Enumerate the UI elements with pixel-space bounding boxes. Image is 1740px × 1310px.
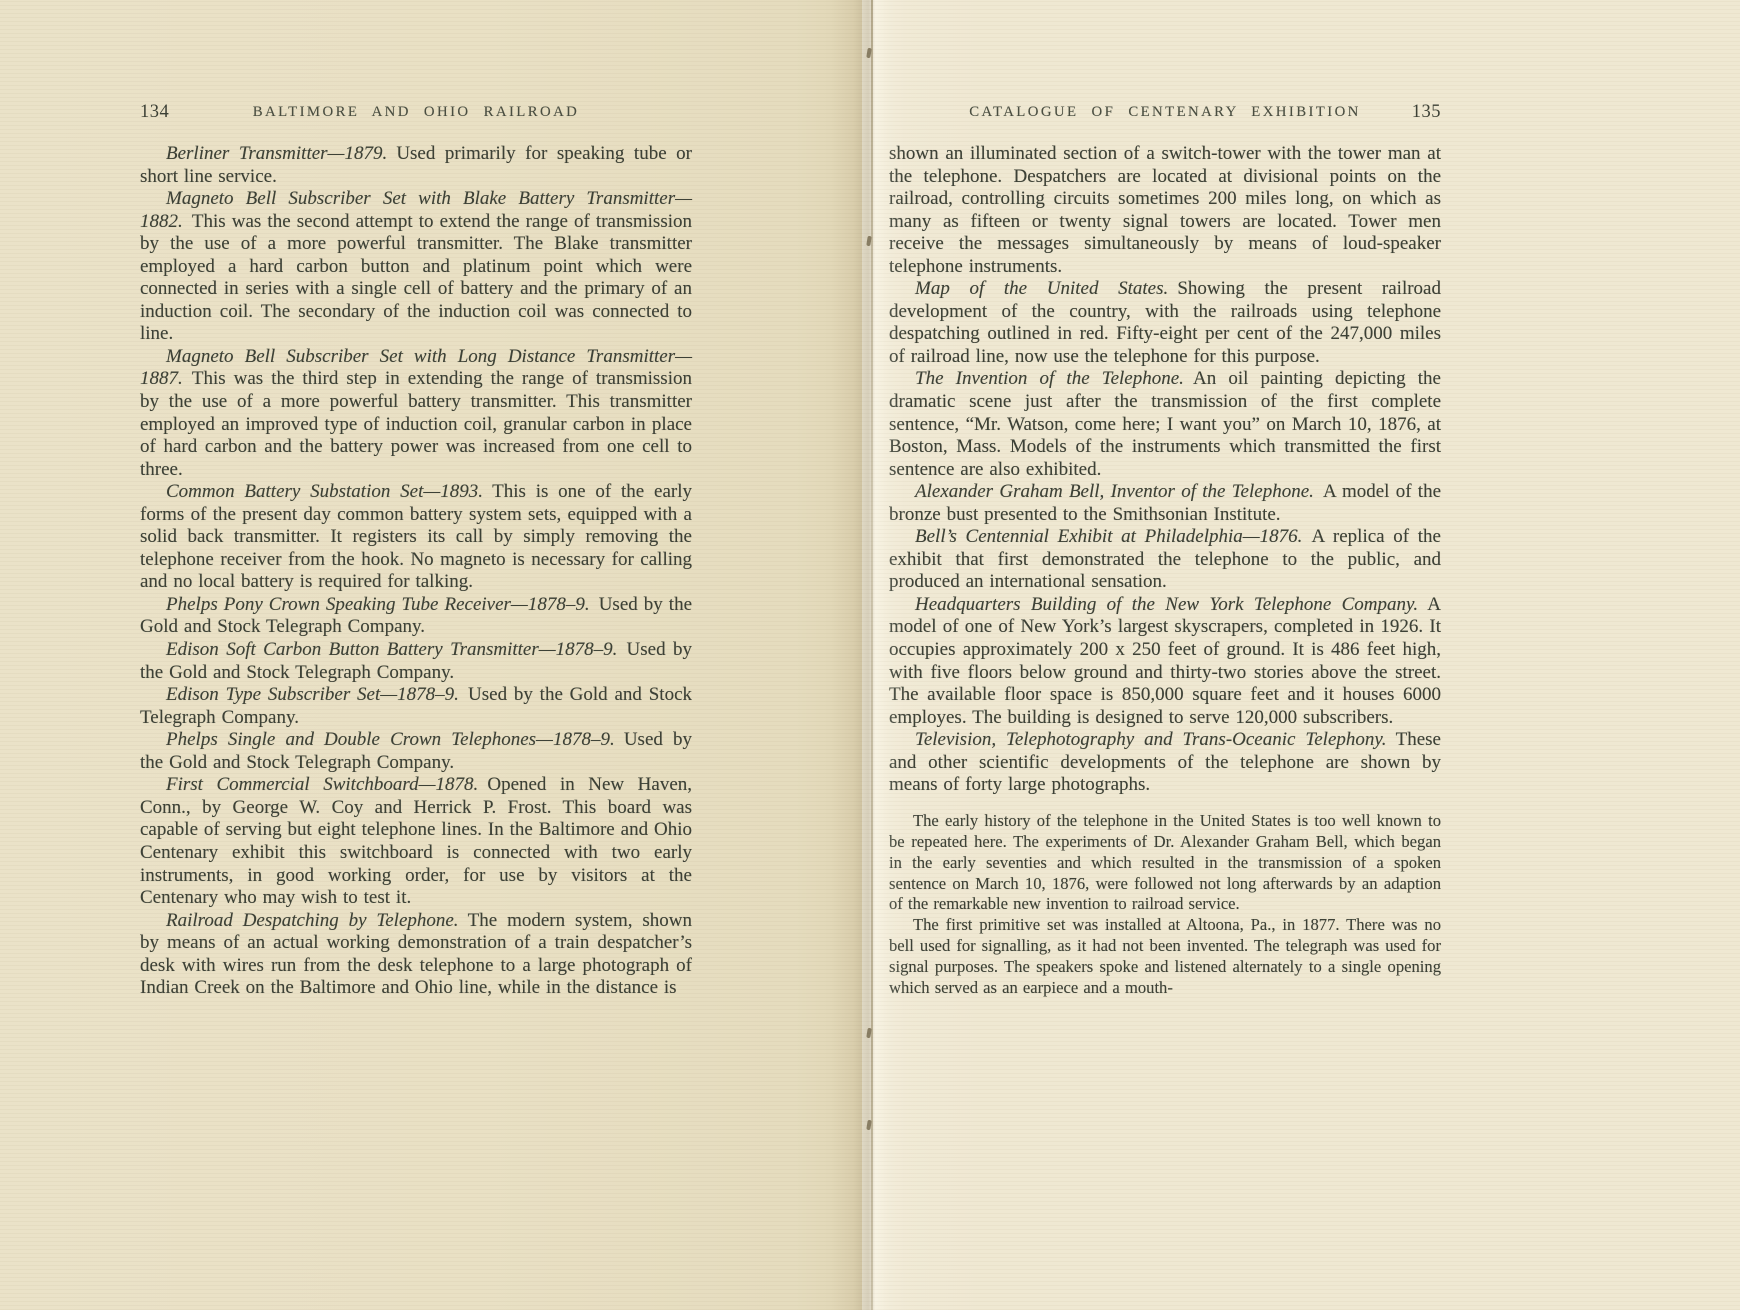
entry-title-italic: Phelps Pony Crown Speaking Tube Receiver… (166, 594, 590, 615)
entry-title-italic: First Commercial Switchboard—1878. (166, 774, 478, 795)
entry-title-italic: Railroad Despatching by Telephone. (166, 910, 459, 931)
catalog-entry: Map of the United States.Showing the pre… (889, 278, 1441, 368)
entry-title-italic: The Invention of the Telephone. (915, 368, 1184, 389)
catalog-entry: Bell’s Centennial Exhibit at Philadelphi… (889, 526, 1441, 594)
history-note-paragraph: The first primitive set was installed at… (889, 915, 1441, 999)
left-page-column: 134 BALTIMORE AND OHIO RAILROAD Berliner… (140, 100, 692, 1000)
right-page-small-type-section: The early history of the telephone in th… (889, 811, 1441, 999)
catalog-entry: Edison Type Subscriber Set—1878–9.Used b… (140, 684, 692, 729)
catalog-entry: Edison Soft Carbon Button Battery Transm… (140, 639, 692, 684)
catalog-entry: Railroad Despatching by Telephone.The mo… (140, 910, 692, 1000)
entry-title-italic: Alexander Graham Bell, Inventor of the T… (915, 481, 1314, 502)
right-page-column: CATALOGUE OF CENTENARY EXHIBITION 135 sh… (889, 100, 1441, 999)
catalog-entry: First Commercial Switchboard—1878.Opened… (140, 774, 692, 909)
catalog-entry: Headquarters Building of the New York Te… (889, 594, 1441, 729)
page-number: 135 (1412, 102, 1441, 123)
catalog-entry: Magneto Bell Subscriber Set with Long Di… (140, 346, 692, 481)
history-note-paragraph: The early history of the telephone in th… (889, 811, 1441, 916)
entry-text: This was the second attempt to extend th… (140, 211, 692, 345)
entry-text: The first primitive set was installed at… (889, 915, 1441, 997)
running-head: CATALOGUE OF CENTENARY EXHIBITION (889, 100, 1441, 121)
entry-title-italic: Bell’s Centennial Exhibit at Philadelphi… (915, 526, 1302, 547)
catalog-entry: Common Battery Substation Set—1893.This … (140, 481, 692, 594)
catalog-entry: Phelps Pony Crown Speaking Tube Receiver… (140, 594, 692, 639)
catalog-entry: Phelps Single and Double Crown Telephone… (140, 729, 692, 774)
catalog-entry: Berliner Transmitter—1879.Used primarily… (140, 143, 692, 188)
running-head: BALTIMORE AND OHIO RAILROAD (140, 100, 692, 121)
left-page-header: 134 BALTIMORE AND OHIO RAILROAD (140, 100, 692, 126)
catalog-entry: Magneto Bell Subscriber Set with Blake B… (140, 188, 692, 346)
book-spread-scan: { "colors": { "paper_left": "#e9e0c4", "… (0, 0, 1740, 1310)
entry-text: This was the third step in extending the… (140, 368, 692, 479)
catalog-entry: The Invention of the Telephone.An oil pa… (889, 368, 1441, 481)
right-page-body: shown an illuminated section of a switch… (889, 143, 1441, 797)
entry-title-italic: Edison Soft Carbon Button Battery Transm… (166, 639, 617, 660)
catalog-entry: shown an illuminated section of a switch… (889, 143, 1441, 278)
entry-title-italic: Television, Telephotography and Trans-Oc… (915, 729, 1387, 750)
catalog-entry: Television, Telephotography and Trans-Oc… (889, 729, 1441, 797)
entry-title-italic: Berliner Transmitter—1879. (166, 143, 387, 164)
left-page-body: Berliner Transmitter—1879.Used primarily… (140, 143, 692, 1000)
right-page-header: CATALOGUE OF CENTENARY EXHIBITION 135 (889, 100, 1441, 126)
page-number: 134 (140, 102, 169, 123)
entry-text: The early history of the telephone in th… (889, 811, 1441, 914)
entry-title-italic: Edison Type Subscriber Set—1878–9. (166, 684, 459, 705)
entry-title-italic: Map of the United States. (915, 278, 1168, 299)
entry-title-italic: Headquarters Building of the New York Te… (915, 594, 1418, 615)
entry-title-italic: Common Battery Substation Set—1893. (166, 481, 483, 502)
catalog-entry: Alexander Graham Bell, Inventor of the T… (889, 481, 1441, 526)
entry-text: shown an illuminated section of a switch… (889, 143, 1441, 277)
entry-title-italic: Phelps Single and Double Crown Telephone… (166, 729, 615, 750)
